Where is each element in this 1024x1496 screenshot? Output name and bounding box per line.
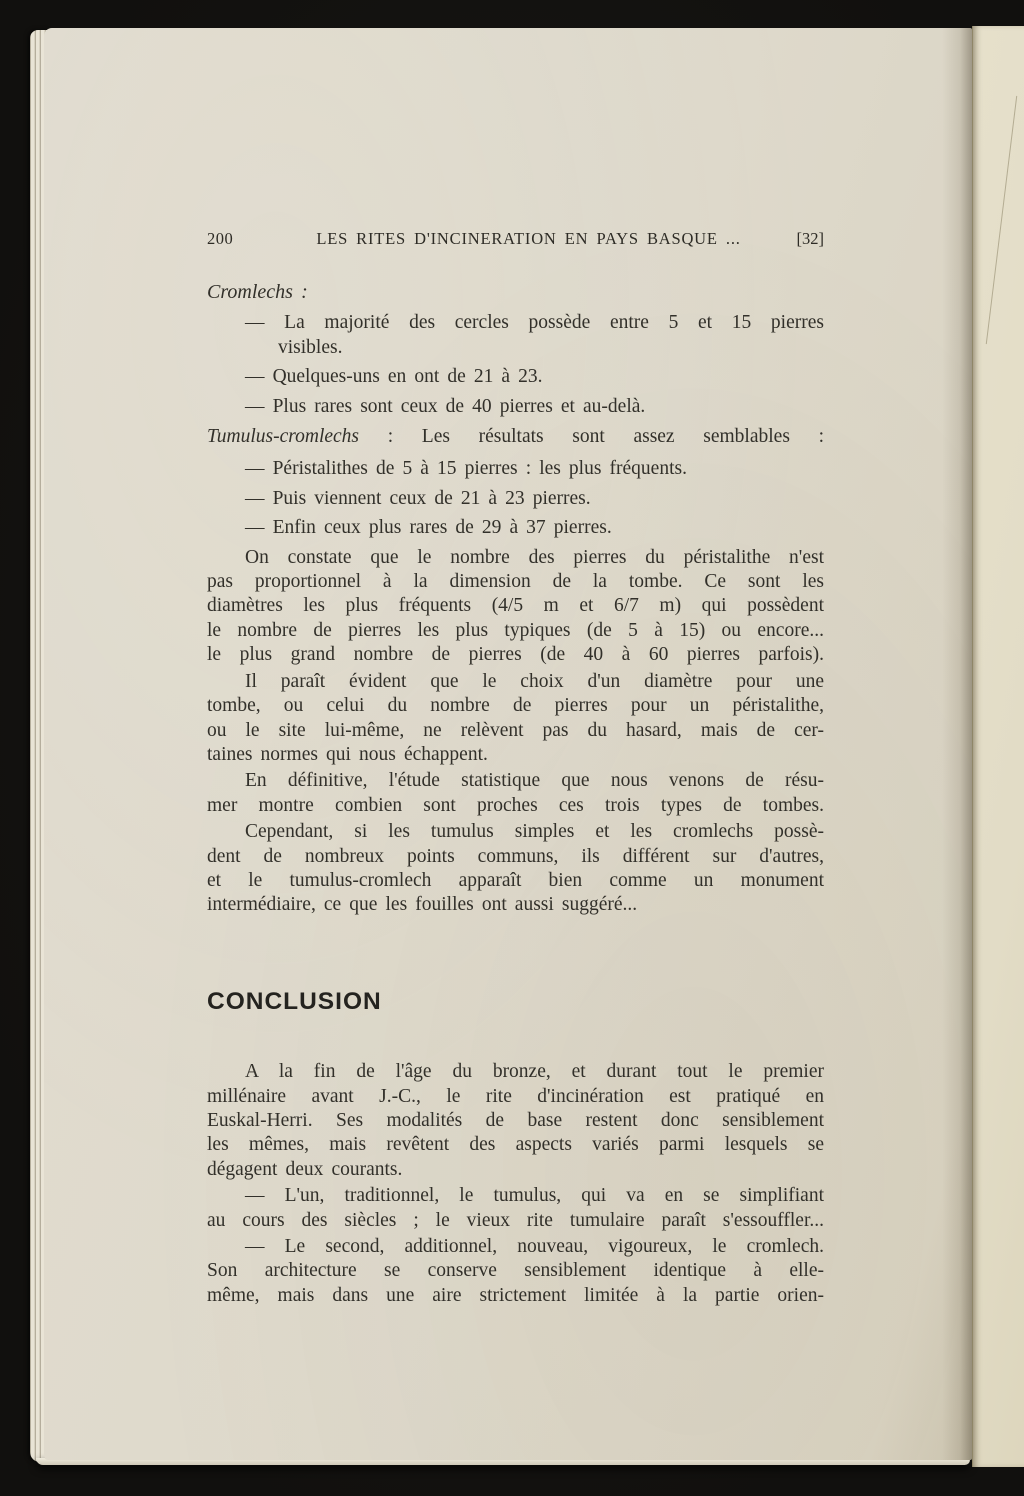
- bullet-item: — Plus rares sont ceux de 40 pierres et …: [207, 395, 824, 419]
- text-line: Euskal-Herri. Ses modalités de base rest…: [207, 1109, 824, 1133]
- bullet-item: — La majorité des cercles possède entre …: [207, 311, 824, 360]
- page-header: 200 LES RITES D'INCINERATION EN PAYS BAS…: [207, 228, 824, 250]
- text-line: — Le second, additionnel, nouveau, vigou…: [207, 1235, 824, 1259]
- bullet-paragraph: — Le second, additionnel, nouveau, vigou…: [207, 1235, 824, 1308]
- text-line: taines normes qui nous échappent.: [207, 743, 824, 767]
- text-line: A la fin de l'âge du bronze, et durant t…: [207, 1060, 824, 1084]
- running-title: LES RITES D'INCINERATION EN PAYS BASQUE …: [283, 228, 774, 250]
- column-reference: [32]: [774, 228, 824, 250]
- paragraph: A la fin de l'âge du bronze, et durant t…: [207, 1060, 824, 1182]
- text-line: le nombre de pierres les plus typiques (…: [207, 619, 824, 643]
- text-line: Cependant, si les tumulus simples et les…: [207, 820, 824, 844]
- text-line: — Quelques-uns en ont de 21 à 23.: [278, 365, 824, 389]
- text-line: — Péristalithes de 5 à 15 pierres : les …: [278, 457, 824, 481]
- text-line: et le tumulus-cromlech apparaît bien com…: [207, 869, 824, 893]
- text-line: visibles.: [278, 336, 824, 360]
- section-heading-tumulus-cromlechs: Tumulus-cromlechs : Les résultats sont a…: [207, 425, 824, 449]
- page-number: 200: [207, 228, 283, 250]
- text-column: 200 LES RITES D'INCINERATION EN PAYS BAS…: [207, 214, 824, 1310]
- lead-rest: : Les résultats sont assez semblables :: [359, 426, 824, 447]
- text-line: CONCLUSION: [207, 990, 824, 1014]
- paragraph: Il paraît évident que le choix d'un diam…: [207, 670, 824, 768]
- scanned-book-page: 200 LES RITES D'INCINERATION EN PAYS BAS…: [44, 28, 972, 1460]
- bullet-item: — Quelques-uns en ont de 21 à 23.: [207, 365, 824, 389]
- bullet-item: — Puis viennent ceux de 21 à 23 pierres.: [207, 487, 824, 511]
- text-line: les mêmes, mais revêtent des aspects var…: [207, 1133, 824, 1157]
- text-line: le plus grand nombre de pierres (de 40 à…: [207, 643, 824, 667]
- lead-italic: Tumulus-cromlechs: [207, 426, 359, 447]
- section-heading-cromlechs: Cromlechs :: [207, 280, 824, 304]
- text-line: diamètres les plus fréquents (4/5 m et 6…: [207, 594, 824, 618]
- gutter-shadow: [942, 28, 972, 1460]
- text-line: mer montre combien sont proches ces troi…: [207, 794, 824, 818]
- text-line: pas proportionnel à la dimension de la t…: [207, 570, 824, 594]
- text-line: Tumulus-cromlechs : Les résultats sont a…: [207, 425, 824, 449]
- text-line: — Enfin ceux plus rares de 29 à 37 pierr…: [278, 516, 824, 540]
- text-line: tombe, ou celui du nombre de pierres pou…: [207, 694, 824, 718]
- conclusion-title: CONCLUSION: [207, 990, 824, 1014]
- bullet-item: — Péristalithes de 5 à 15 pierres : les …: [207, 457, 824, 481]
- text-line: au cours des siècles ; le vieux rite tum…: [207, 1209, 824, 1233]
- paragraph: En définitive, l'étude statistique que n…: [207, 769, 824, 818]
- bullet-paragraph: — L'un, traditionnel, le tumulus, qui va…: [207, 1184, 824, 1233]
- text-line: — La majorité des cercles possède entre …: [278, 311, 824, 335]
- text-line: Son architecture se conserve sensiblemen…: [207, 1259, 824, 1283]
- text-line: En définitive, l'étude statistique que n…: [207, 769, 824, 793]
- text-line: — Puis viennent ceux de 21 à 23 pierres.: [278, 487, 824, 511]
- paragraph: Cependant, si les tumulus simples et les…: [207, 820, 824, 918]
- bullet-item: — Enfin ceux plus rares de 29 à 37 pierr…: [207, 516, 824, 540]
- text-line: dent de nombreux points communs, ils dif…: [207, 845, 824, 869]
- text-line: Il paraît évident que le choix d'un diam…: [207, 670, 824, 694]
- scanner-background: { "colors": { "background": "#131110", "…: [0, 0, 1024, 1496]
- text-line: Cromlechs :: [207, 280, 824, 304]
- text-line: intermédiaire, ce que les fouilles ont a…: [207, 893, 824, 917]
- paragraph: On constate que le nombre des pierres du…: [207, 546, 824, 668]
- text-line: — Plus rares sont ceux de 40 pierres et …: [278, 395, 824, 419]
- text-line: dégagent deux courants.: [207, 1158, 824, 1182]
- text-line: même, mais dans une aire strictement lim…: [207, 1284, 824, 1308]
- text-line: On constate que le nombre des pierres du…: [207, 546, 824, 570]
- text-line: millénaire avant J.-C., le rite d'inciné…: [207, 1085, 824, 1109]
- text-line: — L'un, traditionnel, le tumulus, qui va…: [207, 1184, 824, 1208]
- text-line: ou le site lui-même, ne relèvent pas du …: [207, 719, 824, 743]
